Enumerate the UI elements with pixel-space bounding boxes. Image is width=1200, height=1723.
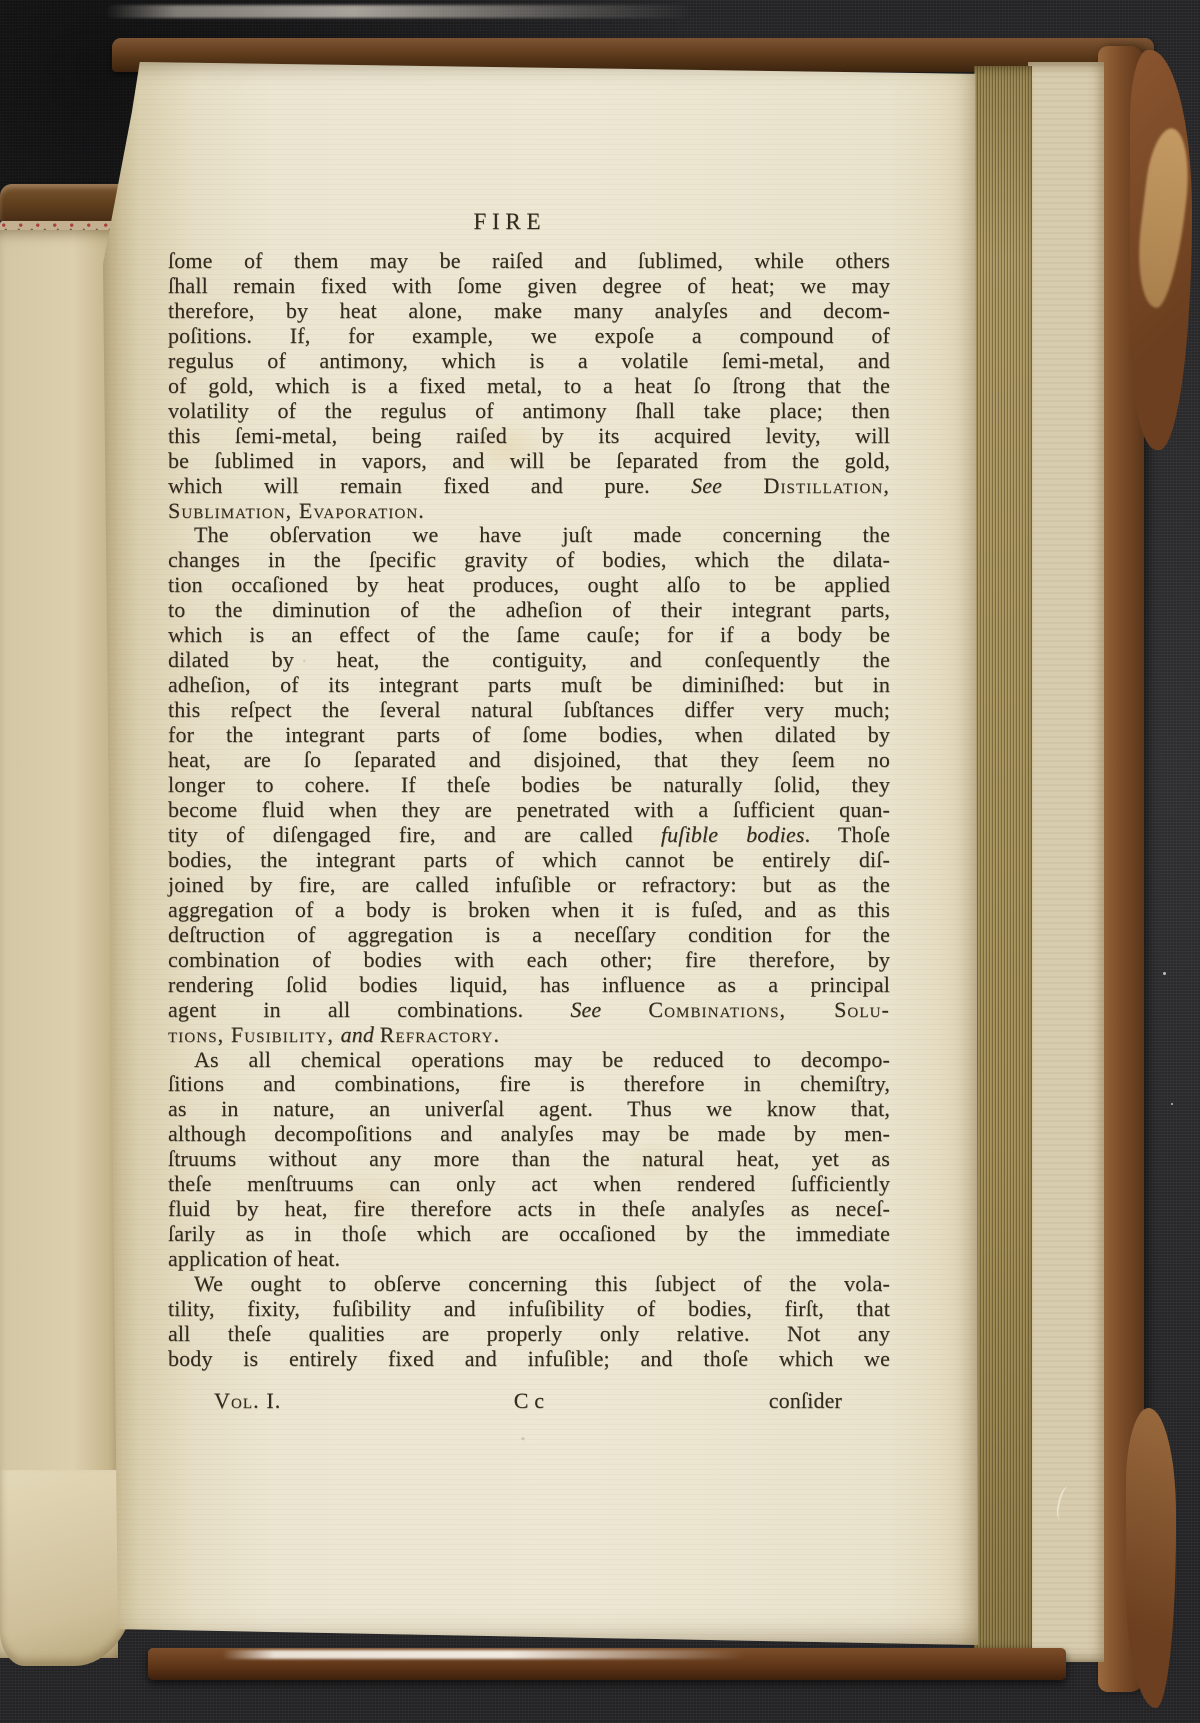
- text-line: tility, fixity, fuſibility and infuſibil…: [168, 1297, 890, 1322]
- text-line: as in nature, an univerſal agent. Thus w…: [168, 1097, 890, 1122]
- text-line: this ſemi-metal, being raiſed by its acq…: [168, 424, 890, 449]
- text-line: longer to cohere. If theſe bodies be nat…: [168, 773, 890, 798]
- text-line: bodies, the integrant parts of which can…: [168, 848, 890, 873]
- text-line: regulus of antimony, which is a volatile…: [168, 349, 890, 374]
- text-line: ſtruums without any more than the natura…: [168, 1147, 890, 1172]
- text-line: joined by fire, are called infuſible or …: [168, 873, 890, 898]
- text-line: volatility of the regulus of antimony ſh…: [168, 399, 890, 424]
- text-line: heat, are ſo ſeparated and disjoined, th…: [168, 748, 890, 773]
- board-rough-edge: [1028, 62, 1104, 1662]
- volume-label: Vol. I.: [214, 1388, 281, 1413]
- text-line: agent in all combinations. See Combinati…: [168, 998, 890, 1023]
- text-line: for the integrant parts of ſome bodies, …: [168, 723, 890, 748]
- text-line: which is an effect of the ſame cauſe; fo…: [168, 623, 890, 648]
- text-line: which will remain fixed and pure. See Di…: [168, 474, 890, 499]
- text-line: this reſpect the ſeveral natural ſubſtan…: [168, 698, 890, 723]
- catchword: conſider: [769, 1388, 842, 1413]
- text-line: combination of bodies with each other; f…: [168, 948, 890, 973]
- text-line: tity of diſengaged fire, and are called …: [168, 823, 890, 848]
- text-line: ſarily as in thoſe which are occaſioned …: [168, 1222, 890, 1247]
- text-line: changes in the ſpecific gravity of bodie…: [168, 548, 890, 573]
- text-line: poſitions. If, for example, we expoſe a …: [168, 324, 890, 349]
- running-head: F I R E: [146, 206, 868, 238]
- text-line: although decompoſitions and analyſes may…: [168, 1122, 890, 1147]
- text-line: As all chemical operations may be reduce…: [168, 1048, 890, 1073]
- facing-page-edge: [0, 230, 118, 1658]
- text-line: tions, Fusibility, and Refractory.: [168, 1023, 890, 1048]
- dust-speck: [1171, 1103, 1173, 1105]
- text-line: body is entirely fixed and infuſible; an…: [168, 1347, 890, 1372]
- text-line: ſome of them may be raiſed and ſublimed,…: [168, 249, 890, 274]
- top-edge-glare: [105, 5, 695, 18]
- text-line: application of heat.: [168, 1247, 890, 1272]
- book-photograph: F I R E ſome of them may be raiſed and ſ…: [0, 0, 1200, 1723]
- text-line: dilated by heat, the contiguity, and con…: [168, 648, 890, 673]
- dust-speck: [1163, 972, 1166, 975]
- text-line: adheſion, of its integrant parts muſt be…: [168, 673, 890, 698]
- text-line: ſhall remain fixed with ſome given degre…: [168, 274, 890, 299]
- text-line: theſe menſtruums can only act when rende…: [168, 1172, 890, 1197]
- text-line: aggregation of a body is broken when it …: [168, 898, 890, 923]
- text-line: Sublimation, Evaporation.: [168, 499, 890, 524]
- text-block: F I R E ſome of them may be raiſed and ſ…: [168, 206, 890, 1413]
- signature-mark: C c: [514, 1388, 544, 1413]
- bottom-edge-glare: [222, 1650, 746, 1659]
- body-text: ſome of them may be raiſed and ſublimed,…: [168, 249, 890, 1372]
- text-line: be ſublimed in vapors, and will be ſepar…: [168, 449, 890, 474]
- text-line: of gold, which is a fixed metal, to a he…: [168, 374, 890, 399]
- text-line: all theſe qualities are properly only re…: [168, 1322, 890, 1347]
- text-line: to the diminution of the adheſion of the…: [168, 598, 890, 623]
- text-line: ſitions and combinations, fire is theref…: [168, 1072, 890, 1097]
- text-line: fluid by heat, fire therefore acts in th…: [168, 1197, 890, 1222]
- text-line: therefore, by heat alone, make many anal…: [168, 299, 890, 324]
- text-line: tion occaſioned by heat produces, ought …: [168, 573, 890, 598]
- cover-corner-bottom-right: [1126, 1408, 1176, 1708]
- page-footer: Vol. I. C c conſider: [168, 1388, 890, 1413]
- text-line: deſtruction of aggregation is a neceſſar…: [168, 923, 890, 948]
- text-line: The obſervation we have juſt made concer…: [168, 523, 890, 548]
- text-line: We ought to obſerve concerning this ſubj…: [168, 1272, 890, 1297]
- page-fore-edge: [974, 66, 1032, 1654]
- text-line: rendering ſolid bodies liquid, has influ…: [168, 973, 890, 998]
- text-line: become fluid when they are penetrated wi…: [168, 798, 890, 823]
